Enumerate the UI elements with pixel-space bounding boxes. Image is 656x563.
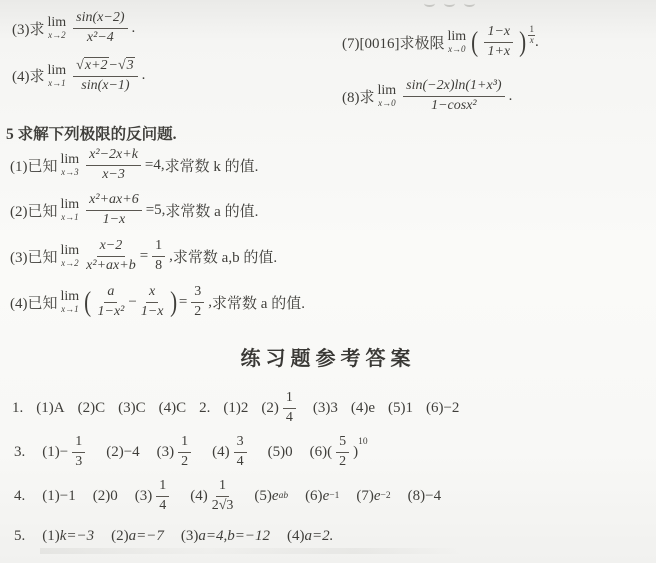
question-tail: 求常数 a 的值. bbox=[212, 292, 305, 313]
answer-fraction: 52 bbox=[336, 434, 349, 471]
numerator: 1 bbox=[283, 390, 296, 409]
question-5-2: (2)已知 limx→1 x²+ax+61−x =5, 求常数 a 的值. bbox=[10, 192, 258, 229]
denominator: 2 bbox=[339, 453, 346, 471]
answer-item: (3)14 bbox=[135, 478, 174, 515]
fraction: sin(x−2)x²−4 bbox=[73, 10, 127, 47]
problem-4: (4)求 limx→1 √x+2−√3 sin(x−1) . bbox=[12, 57, 145, 95]
answer-value: a=4,b=−12 bbox=[198, 528, 270, 545]
period: . bbox=[535, 34, 539, 51]
numerator: sin(−2x)ln(1+x³) bbox=[403, 78, 504, 97]
lim-word: lim bbox=[447, 30, 466, 44]
answer-label: (1)− bbox=[42, 444, 68, 461]
sqrt-symbol: √ bbox=[118, 58, 126, 75]
answer-label: (6)( bbox=[310, 444, 333, 461]
answer-fraction: 12 bbox=[178, 434, 191, 471]
answer-item: (4)34 bbox=[212, 434, 251, 471]
denominator: 2 bbox=[181, 453, 188, 471]
result-fraction: 18 bbox=[152, 238, 165, 275]
numerator: 3 bbox=[191, 284, 204, 303]
denominator: 1+x bbox=[487, 43, 510, 61]
answer-label: (6) bbox=[305, 488, 323, 505]
lim-subscript: x→3 bbox=[61, 168, 79, 177]
answer-item: (2)−4 bbox=[106, 444, 139, 461]
fraction: x²−2x+kx−3 bbox=[86, 147, 141, 184]
denominator: x−3 bbox=[102, 166, 125, 184]
denominator: x²+ax+b bbox=[86, 257, 136, 275]
equals-value: =5, bbox=[146, 202, 166, 219]
answer-fraction: 34 bbox=[234, 434, 247, 471]
exercise-number: 5. bbox=[14, 528, 25, 545]
answer-label: (4) bbox=[287, 528, 305, 545]
fraction: √x+2−√3 sin(x−1) bbox=[73, 57, 138, 95]
lim-word: lim bbox=[378, 84, 397, 98]
answer-item: (6)−2 bbox=[426, 400, 459, 417]
exponent: −1 bbox=[329, 491, 339, 501]
answer-item: (4)12√3 bbox=[190, 478, 237, 515]
lim-subscript: x→2 bbox=[48, 31, 66, 40]
limit-operator: limx→1 bbox=[61, 290, 80, 314]
denominator: 4 bbox=[159, 497, 166, 515]
equals-sign: = bbox=[140, 248, 148, 265]
answer-label: (4) bbox=[190, 488, 208, 505]
answer-item: (2)a=−7 bbox=[111, 528, 164, 545]
problem-3: (3)求 limx→2 sin(x−2)x²−4 . bbox=[12, 10, 135, 47]
question-label: (2)已知 bbox=[10, 200, 58, 221]
limit-operator: limx→1 bbox=[48, 64, 67, 88]
exercise-number: 4. bbox=[14, 488, 25, 505]
period: . bbox=[142, 67, 146, 84]
numerator: x²+ax+6 bbox=[86, 192, 142, 211]
exercise-number: 3. bbox=[14, 444, 25, 461]
answer-label: (1) bbox=[42, 528, 60, 545]
answer-label: (2) bbox=[261, 400, 279, 417]
denominator: 3 bbox=[75, 453, 82, 471]
question-5-3: (3)已知 limx→2 x−2x²+ax+b = 18 , 求常数 a,b 的… bbox=[10, 238, 277, 275]
minus-sign: − bbox=[128, 294, 136, 311]
numerator: 1 bbox=[152, 238, 165, 257]
answers-line-5: 5. (1)k=−3 (2)a=−7 (3)a=4,b=−12 (4)a=2. bbox=[14, 528, 350, 545]
denominator: 1−x² bbox=[98, 303, 125, 321]
numerator: x−2 bbox=[97, 238, 126, 257]
fraction: x1−x bbox=[141, 284, 164, 321]
answer-item: (3)12 bbox=[157, 434, 196, 471]
radicand: 3 bbox=[126, 57, 135, 75]
lim-word: lim bbox=[61, 290, 80, 304]
answer-item: (6)(52)10 bbox=[310, 434, 368, 471]
lim-word: lim bbox=[61, 244, 80, 258]
answers-line-4: 4. (1)−1 (2)0 (3)14 (4)12√3 (5)eab (6)e−… bbox=[14, 478, 458, 515]
question-label: (3)已知 bbox=[10, 246, 58, 267]
answer-item: (8)−4 bbox=[408, 488, 441, 505]
numerator: 1 bbox=[216, 478, 229, 497]
answer-item: (4)C bbox=[159, 400, 187, 417]
limit-operator: limx→0 bbox=[447, 30, 466, 54]
denominator: 1−cosx² bbox=[431, 97, 477, 115]
equals-sign: = bbox=[179, 294, 187, 311]
problem-4-label: (4)求 bbox=[12, 65, 45, 86]
numerator: x²−2x+k bbox=[86, 147, 141, 166]
answer-value: k=−3 bbox=[60, 528, 94, 545]
numerator: sin(x−2) bbox=[73, 10, 127, 29]
question-5-1: (1)已知 limx→3 x²−2x+kx−3 =4, 求常数 k 的值. bbox=[10, 147, 258, 184]
denominator: 8 bbox=[155, 257, 162, 275]
limit-operator: limx→2 bbox=[61, 244, 80, 268]
result-fraction: 32 bbox=[191, 284, 204, 321]
question-tail: 求常数 a 的值. bbox=[165, 200, 258, 221]
denominator: 1−x bbox=[141, 303, 164, 321]
answer-item: (5)1 bbox=[388, 400, 413, 417]
close-paren: ) bbox=[519, 30, 526, 55]
answer-item: (3)C bbox=[118, 400, 146, 417]
answer-item: (1)k=−3 bbox=[42, 528, 94, 545]
open-paren: ( bbox=[471, 30, 478, 55]
numerator: 5 bbox=[336, 434, 349, 453]
denominator: sin(x−1) bbox=[81, 77, 129, 95]
numerator: 1 bbox=[178, 434, 191, 453]
fraction: a1−x² bbox=[98, 284, 125, 321]
answer-item: (7)e−2 bbox=[356, 488, 390, 505]
lim-subscript: x→1 bbox=[61, 305, 79, 314]
answer-item: (1)2 bbox=[223, 400, 248, 417]
section-5-header-text: 5 求解下列极限的反问题. bbox=[6, 122, 177, 144]
sqrt-symbol: √ bbox=[76, 58, 84, 75]
answer-item: (4)e bbox=[351, 400, 375, 417]
lim-subscript: x→1 bbox=[48, 79, 66, 88]
euler-e: e bbox=[323, 488, 330, 505]
question-tail: 求常数 k 的值. bbox=[165, 155, 259, 176]
close-paren: ) bbox=[170, 290, 177, 315]
answer-item: (6)e−1 bbox=[305, 488, 339, 505]
problem-8-label: (8)求 bbox=[342, 86, 375, 107]
lim-word: lim bbox=[48, 16, 67, 30]
numerator: 1 bbox=[72, 434, 85, 453]
limit-operator: limx→0 bbox=[378, 84, 397, 108]
problem-8: (8)求 limx→0 sin(−2x)ln(1+x³)1−cosx² . bbox=[342, 78, 512, 115]
scan-noise-artifact bbox=[40, 548, 460, 554]
answer-fraction: 14 bbox=[283, 390, 296, 427]
answer-item: (2)14 bbox=[261, 390, 300, 427]
open-paren: ( bbox=[84, 290, 91, 315]
exponent: 10 bbox=[358, 437, 368, 447]
numerator: 1−x bbox=[484, 24, 513, 43]
exercise-number: 1. bbox=[12, 400, 23, 417]
answer-item: (3)3 bbox=[313, 400, 338, 417]
answer-value: a=2. bbox=[305, 528, 334, 545]
denominator: 2√3 bbox=[212, 497, 234, 515]
limit-operator: limx→1 bbox=[61, 198, 80, 222]
radicand: x+2 bbox=[84, 57, 109, 75]
exponent: ab bbox=[279, 491, 289, 501]
answer-label: (3) bbox=[181, 528, 199, 545]
question-tail: 求常数 a,b 的值. bbox=[173, 246, 277, 267]
question-5-4: (4)已知 limx→1 ( a1−x² − x1−x ) = 32 , 求常数… bbox=[10, 284, 305, 321]
period: . bbox=[509, 88, 513, 105]
denominator: 4 bbox=[237, 453, 244, 471]
fraction: x−2x²+ax+b bbox=[86, 238, 136, 275]
problem-3-label: (3)求 bbox=[12, 18, 45, 39]
limit-operator: limx→2 bbox=[48, 16, 67, 40]
numerator: 1 bbox=[156, 478, 169, 497]
answer-item: (5)eab bbox=[254, 488, 288, 505]
section-5-header: 5 求解下列极限的反问题. bbox=[6, 122, 177, 144]
answer-item: (1)A bbox=[36, 400, 64, 417]
answer-label: (2) bbox=[111, 528, 129, 545]
fraction: x²+ax+61−x bbox=[86, 192, 142, 229]
numerator: x bbox=[146, 284, 158, 303]
exponent: −2 bbox=[381, 491, 391, 501]
answer-value: a=−7 bbox=[129, 528, 164, 545]
answer-label: (3) bbox=[135, 488, 153, 505]
lim-word: lim bbox=[61, 153, 80, 167]
numerator: √x+2−√3 bbox=[73, 57, 138, 77]
limit-operator: limx→3 bbox=[61, 153, 80, 177]
lim-subscript: x→2 bbox=[61, 259, 79, 268]
period: . bbox=[132, 20, 136, 37]
denominator: 2 bbox=[194, 303, 201, 321]
answer-item: (2)C bbox=[78, 400, 106, 417]
answer-label: (3) bbox=[157, 444, 175, 461]
lim-subscript: x→1 bbox=[61, 213, 79, 222]
answers-line-1: 1. (1)A (2)C (3)C (4)C 2. (1)2 (2)14 (3)… bbox=[12, 390, 472, 427]
denominator: 4 bbox=[286, 409, 293, 427]
numerator: 3 bbox=[234, 434, 247, 453]
lim-subscript: x→0 bbox=[448, 45, 466, 54]
answer-item: (4)a=2. bbox=[287, 528, 333, 545]
answer-label: (4) bbox=[212, 444, 230, 461]
denominator: 1−x bbox=[103, 211, 126, 229]
answer-label: (5) bbox=[254, 488, 272, 505]
fraction: 1−x1+x bbox=[484, 24, 513, 61]
lim-word: lim bbox=[61, 198, 80, 212]
denominator: x²−4 bbox=[87, 29, 114, 47]
euler-e: e bbox=[374, 488, 381, 505]
problem-7: (7)[0016]求极限 limx→0 ( 1−x1+x ) 1x . bbox=[342, 24, 539, 61]
equals-value: =4, bbox=[145, 157, 165, 174]
clipped-formula-fragment bbox=[424, 0, 475, 7]
answer-fraction: 14 bbox=[156, 478, 169, 515]
answer-item: (2)0 bbox=[93, 488, 118, 505]
answer-label: (7) bbox=[356, 488, 374, 505]
answer-item: (3)a=4,b=−12 bbox=[181, 528, 270, 545]
minus-sign: − bbox=[109, 58, 118, 75]
problem-7-label: (7)[0016]求极限 bbox=[342, 32, 444, 53]
euler-e: e bbox=[272, 488, 279, 505]
exercise-number: 2. bbox=[199, 400, 210, 417]
numerator: a bbox=[104, 284, 117, 303]
answers-section-title: 练习题参考答案 bbox=[0, 342, 656, 371]
fraction: sin(−2x)ln(1+x³)1−cosx² bbox=[403, 78, 504, 115]
question-label: (1)已知 bbox=[10, 155, 58, 176]
lim-word: lim bbox=[48, 64, 67, 78]
question-label: (4)已知 bbox=[10, 292, 58, 313]
answer-item: (1)−1 bbox=[42, 488, 75, 505]
answer-fraction: 12√3 bbox=[212, 478, 234, 515]
lim-subscript: x→0 bbox=[378, 99, 396, 108]
exp-denominator: x bbox=[530, 36, 534, 46]
answers-line-3: 3. (1)−13 (2)−4 (3)12 (4)34 (5)0 (6)(52)… bbox=[14, 434, 385, 471]
answer-fraction: 13 bbox=[72, 434, 85, 471]
answer-item: (5)0 bbox=[268, 444, 293, 461]
scanned-textbook-page: (3)求 limx→2 sin(x−2)x²−4 . (4)求 limx→1 √… bbox=[0, 0, 656, 563]
answer-item: (1)−13 bbox=[42, 434, 89, 471]
